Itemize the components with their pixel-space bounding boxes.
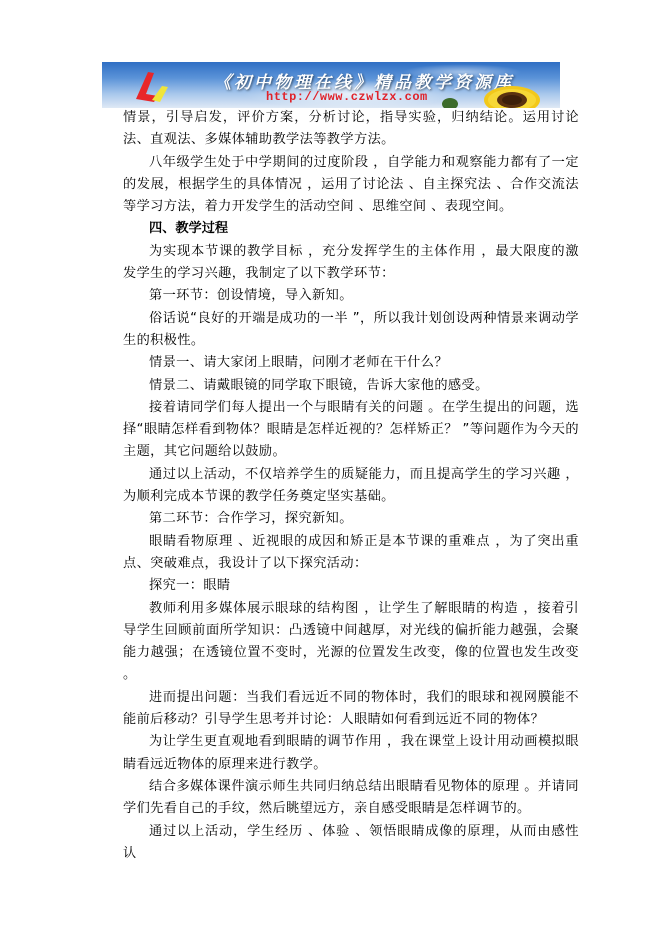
logo-icon xyxy=(132,70,172,104)
paragraph: 探究一：眼睛 xyxy=(123,575,579,597)
paragraph: 第二环节：合作学习，探究新知。 xyxy=(123,508,579,530)
paragraph: 情景二、请戴眼镜的同学取下眼镜，告诉大家他的感受。 xyxy=(123,375,579,397)
banner-url[interactable]: http://www.czwlzx.com xyxy=(266,90,428,104)
paragraph: 通过以上活动，学生经历 、体验 、领悟眼睛成像的原理，从而由感性认 xyxy=(123,821,579,866)
paragraph: 俗话说“良好的开端是成功的一半 ”，所以我计划创设两种情景来调动学生的积极性。 xyxy=(123,308,579,353)
paragraph: 进而提出问题：当我们看远近不同的物体时，我们的眼球和视网膜能不能前后移动？引导学… xyxy=(123,687,579,732)
paragraph: 第一环节：创设情境，导入新知。 xyxy=(123,285,579,307)
paragraph: 通过以上活动，不仅培养学生的质疑能力，而且提高学生的学习兴趣 ，为顺利完成本节课… xyxy=(123,464,579,509)
paragraph: 教师利用多媒体展示眼球的结构图 ，让学生了解眼睛的构造 ，接着引导学生回顾前面所… xyxy=(123,598,579,687)
paragraph: 为实现本节课的教学目标 ，充分发挥学生的主体作用 ，最大限度的激发学生的学习兴趣… xyxy=(123,241,579,286)
section-heading: 四、教学过程 xyxy=(123,218,579,240)
document-body: 情景，引导启发，评价方案，分析讨论，指导实验，归纳结论。运用讨论法、直观法、多媒… xyxy=(123,107,579,865)
paragraph: 情景，引导启发，评价方案，分析讨论，指导实验，归纳结论。运用讨论法、直观法、多媒… xyxy=(123,107,579,152)
paragraph: 八年级学生处于中学期间的过度阶段 ，自学能力和观察能力都有了一定的发展，根据学生… xyxy=(123,152,579,219)
paragraph: 结合多媒体课件演示师生共同归纳总结出眼睛看见物体的原理 。并请同学们先看自己的手… xyxy=(123,776,579,821)
paragraph: 眼睛看物原理 、近视眼的成因和矫正是本节课的重难点 ，为了突出重点、突破难点，我… xyxy=(123,531,579,576)
paragraph: 为让学生更直观地看到眼睛的调节作用 ，我在课堂上设计用动画模拟眼睛看远近物体的原… xyxy=(123,731,579,776)
paragraph: 情景一、请大家闭上眼睛，问刚才老师在干什么？ xyxy=(123,352,579,374)
header-banner: 《初中物理在线》精品教学资源库 http://www.czwlzx.com xyxy=(102,62,560,108)
sunflower-icon xyxy=(482,80,542,108)
paragraph: 接着请同学们每人提出一个与眼睛有关的问题 。在学生提出的问题，选择“眼睛怎样看到… xyxy=(123,397,579,464)
